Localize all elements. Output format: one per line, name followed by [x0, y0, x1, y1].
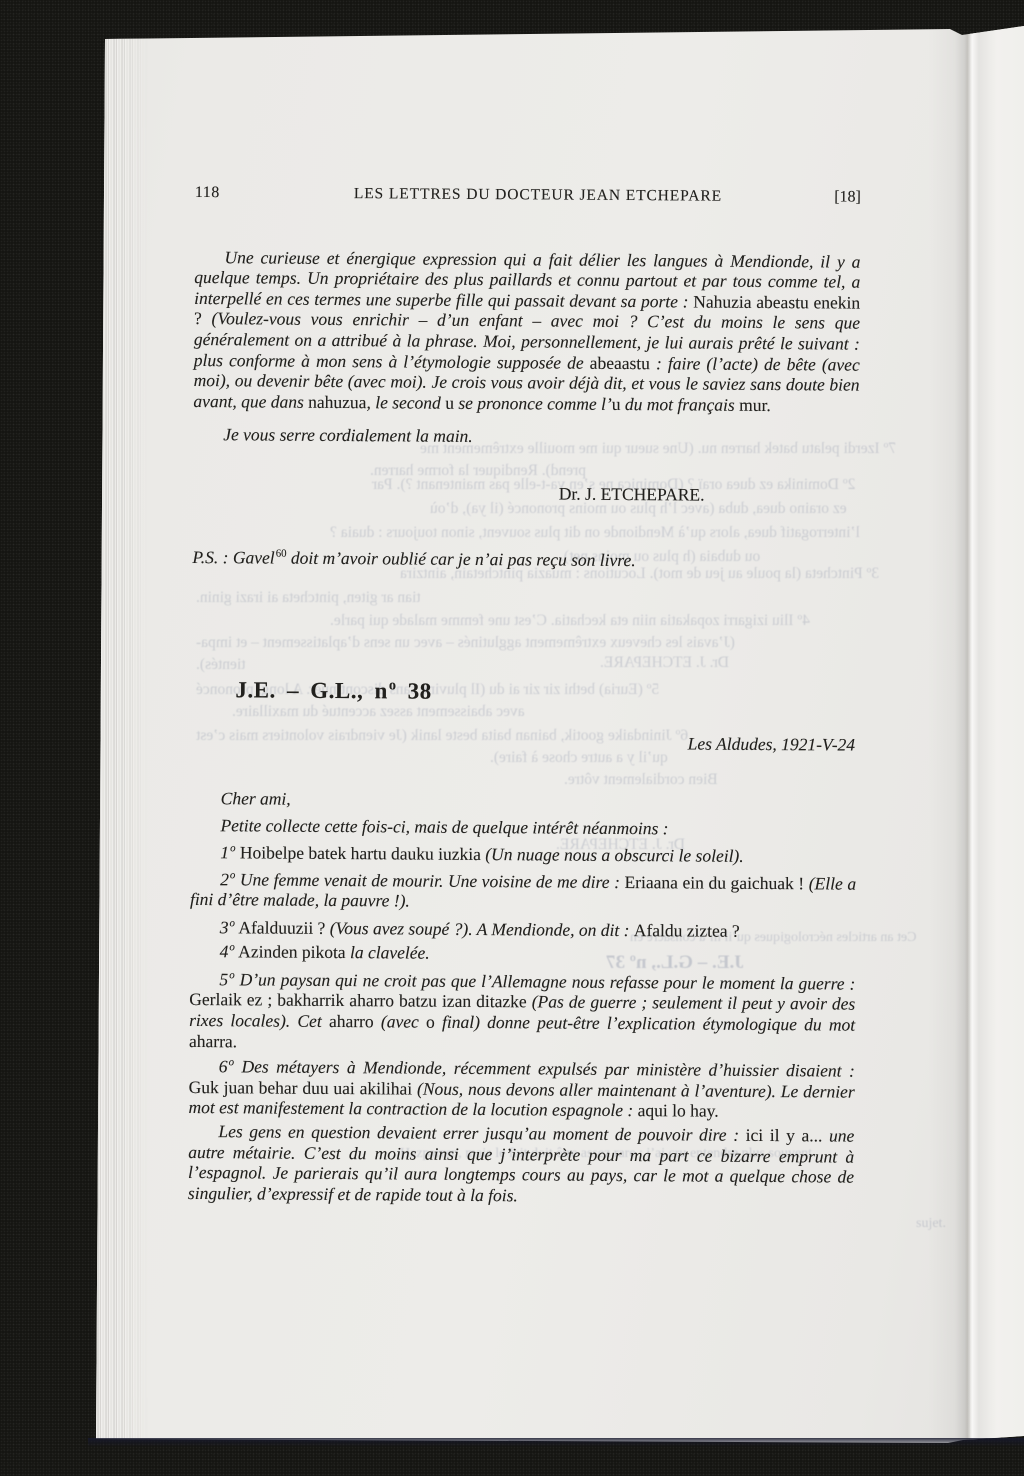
block-final: Les gens en question devaient errer jusq…: [188, 1121, 855, 1208]
letter-index: [18]: [791, 187, 861, 208]
block-signature: Dr. J. ETCHEPARE.: [193, 481, 859, 506]
block-item2: 2o Une femme venait de mourir. Une voisi…: [190, 868, 856, 914]
page-content: 118 LES LETTRES DU DOCTEUR JEAN ETCHEPAR…: [188, 183, 861, 1208]
running-title: LES LETTRES DU DOCTEUR JEAN ETCHEPARE: [354, 184, 722, 207]
page-number: 118: [195, 183, 285, 204]
block-postscript: P.S. : Gavel60 doit m’avoir oublié car j…: [192, 547, 858, 572]
block-item3: 3o Afalduuzii ? (Vous avez soupé ?). A M…: [190, 917, 856, 942]
block-intro: Petite collecte cette fois-ci, mais de q…: [190, 815, 856, 840]
block-item6: 6o Des métayers à Mendionde, récemment e…: [188, 1056, 854, 1122]
running-header: 118 LES LETTRES DU DOCTEUR JEAN ETCHEPAR…: [195, 183, 861, 208]
block-opening: Une curieuse et énergique expression qui…: [193, 247, 860, 416]
block-item5: 5o D’un paysan qui ne croit pas que l’Al…: [189, 969, 856, 1056]
book-page: 7º Izerdi pelatu batek harren nu. (Une s…: [0, 0, 1024, 1476]
block-salutation: Cher ami,: [191, 788, 857, 813]
page-bottom-shadow: [88, 1438, 1024, 1447]
letter-blocks: Une curieuse et énergique expression qui…: [188, 247, 861, 1208]
block-closing: Je vous serre cordialement la main.: [193, 424, 859, 449]
block-item1: 1o Hoibelpe batek hartu dauku iuzkia (Un…: [190, 842, 856, 867]
block-dateline: Les Aldudes, 1921-V-24: [191, 730, 857, 755]
block-item4: 4o Azinden pikota la clavelée.: [190, 941, 856, 966]
photo-backdrop: 7º Izerdi pelatu batek harren nu. (Une s…: [0, 0, 1024, 1476]
ghost-text-line: sujet.: [916, 1216, 946, 1232]
block-heading: J.E. – G.L., no 38: [191, 677, 857, 708]
